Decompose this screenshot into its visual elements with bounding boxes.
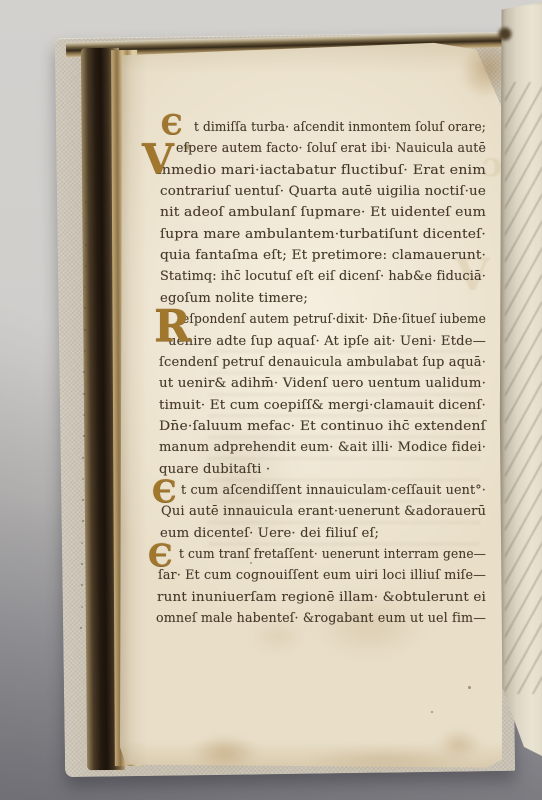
- text-line-10: eſpondenſ autem petruſ·dixit· Dn̄e·ſitue…: [182, 310, 486, 329]
- illuminated-initial-3: R: [154, 305, 191, 349]
- text-line-24: omneſ male habenteſ· &rogabant eum ut ue…: [156, 609, 486, 628]
- text-line-8: Statimq: ihc̄ locutuſ eſt eiſ dicenſ· ha…: [160, 267, 486, 286]
- text-line-14: timuit· Et cum coepiſſ& mergi·clamauit d…: [159, 396, 486, 415]
- text-line-11: uenire adte ſup aquaſ· At ipſe ait· Ueni…: [168, 332, 486, 351]
- manuscript-photo: Vɔ t dimiſſa turba· aſcendit inmontem ſo…: [0, 0, 542, 800]
- illuminated-initial-5: Є: [148, 541, 173, 572]
- facing-page-curled-edge: [499, 2, 542, 759]
- text-line-2: eſpere autem facto· ſoluſ erat ibi· Naui…: [176, 139, 486, 158]
- text-line-19: Qui autē innauicula erant·uenerunt &ador…: [161, 502, 486, 521]
- text-line-13: ut uenir& adihm̄· Videnſ uero uentum ual…: [159, 374, 486, 393]
- text-line-5: nit adeoſ ambulanſ ſupmare· Et uidenteſ …: [160, 203, 486, 222]
- text-line-6: ſupra mare ambulantem·turbatiſunt dicent…: [160, 225, 486, 244]
- text-line-4: contrariuſ uentuſ· Quarta autē uigilia n…: [160, 182, 486, 201]
- facing-page-text-lines: [505, 82, 542, 694]
- text-line-12: ſcendenſ petruſ denauicula ambulabat ſup…: [159, 353, 486, 372]
- manuscript-text-block: t dimiſſa turba· aſcendit inmontem ſoluſ…: [0, 0, 542, 800]
- text-line-15: Dn̄e·ſaluum mefac· Et continuo ihc̄ exte…: [159, 417, 486, 436]
- text-line-1: t dimiſſa turba· aſcendit inmontem ſoluſ…: [194, 118, 486, 137]
- text-line-20: eum dicenteſ· Uere· dei filiuſ eſ;: [160, 524, 379, 543]
- text-line-23: runt inuniuerſam regionē illam· &obtuler…: [157, 588, 486, 607]
- facing-page-corner-shadow: [497, 26, 513, 42]
- text-line-16: manum adprehendit eum· &ait illi· Modice…: [159, 438, 486, 457]
- text-line-18: t cum aſcendiſſent innauiculam·ceſſauit …: [181, 481, 486, 500]
- text-line-21: t cum tranſ fretaſſent· uenerunt interra…: [179, 545, 486, 564]
- text-line-22: ſar· Et cum cognouiſſent eum uiri loci i…: [158, 566, 486, 585]
- text-line-7: quia fantaſma eſt; Et pretimore: clamaue…: [160, 246, 486, 265]
- text-line-3: inmedio mari·iactabatur fluctibuſ· Erat …: [157, 161, 486, 180]
- illuminated-initial-2: V: [142, 139, 174, 180]
- illuminated-initial-4: Є: [152, 477, 177, 508]
